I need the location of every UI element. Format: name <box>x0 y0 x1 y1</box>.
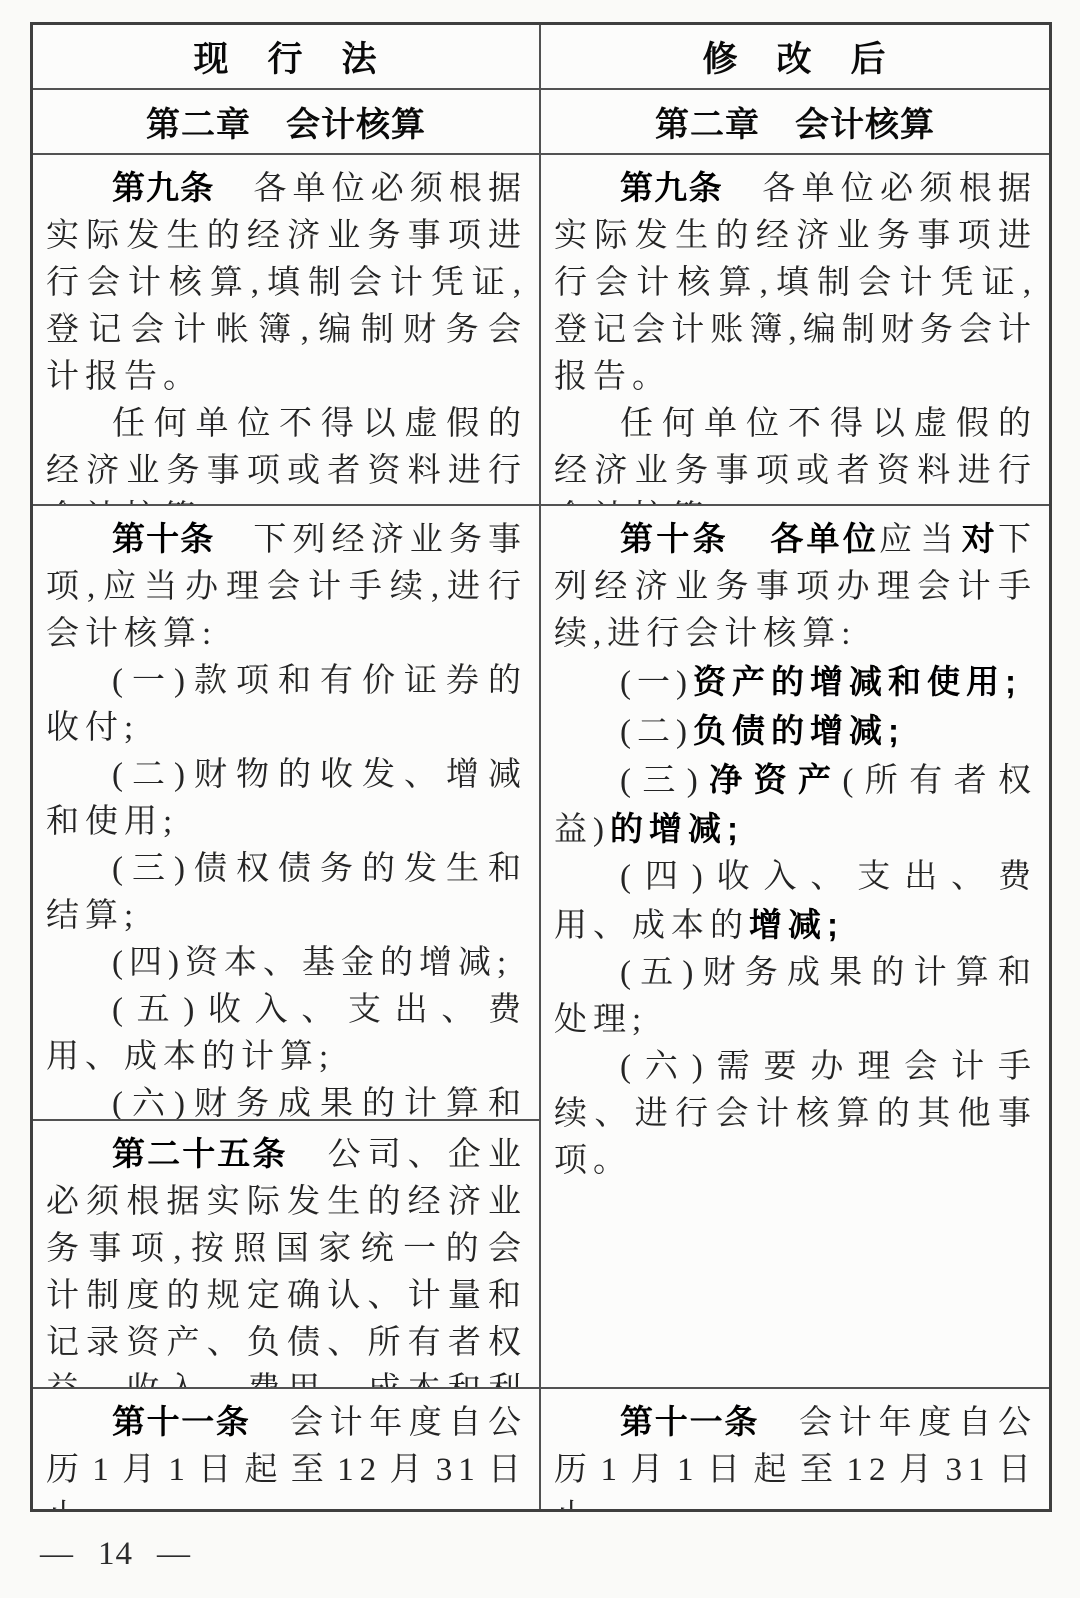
article10-25-cell-current: 第十条 下列经济业务事项,应当办理会计手续,进行会计核算:(一)款项和有价证券的… <box>33 506 541 1389</box>
law-paragraph: 任何单位不得以虚假的经济业务事项或者资料进行会计核算。 <box>554 401 1037 506</box>
comparison-table: 现 行 法 修 改 后 第二章 会计核算 第二章 会计核算 第九条 各单位必须根… <box>30 22 1052 1512</box>
article11-cell-amended: 第十一条 会计年度自公历1月1日起至12月31日止。 <box>541 1389 1049 1509</box>
emphasized-text-run: 第十一条 <box>112 1403 250 1440</box>
law-paragraph: 第十条 下列经济业务事项,应当办理会计手续,进行会计核算: <box>46 515 527 658</box>
text-run: (四)资本、基金的增减; <box>112 945 512 981</box>
article11-cell-current: 第十一条 会计年度自公历1月1日起至12月31日止。 <box>33 1389 541 1509</box>
emphasized-text-run: 的增减; <box>610 810 744 847</box>
law-paragraph: (一)款项和有价证券的收付; <box>46 658 527 752</box>
emphasized-text-run: 第十条 <box>112 520 214 557</box>
article10-current: 第十条 下列经济业务事项,应当办理会计手续,进行会计核算:(一)款项和有价证券的… <box>33 506 539 1121</box>
text-run: (三) <box>620 763 704 799</box>
text-run: 应当 <box>879 522 962 558</box>
article9-cell-current: 第九条 各单位必须根据实际发生的经济业务事项进行会计核算,填制会计凭证,登记会计… <box>33 155 541 506</box>
law-paragraph: (六)需要办理会计手续、进行会计核算的其他事项。 <box>554 1044 1037 1185</box>
emphasized-text-run: 各单位 <box>770 520 879 557</box>
law-paragraph: (一)资产的增减和使用; <box>554 658 1037 707</box>
text-run: (五)收入、支出、费用、成本的计算; <box>46 992 527 1075</box>
header-cell-amended: 修 改 后 <box>541 25 1049 90</box>
chapter-title-left: 第二章 会计核算 <box>146 97 426 146</box>
law-paragraph: (四)收入、支出、费用、成本的增减; <box>554 854 1037 950</box>
emphasized-text-run: 负债的增减; <box>693 712 905 749</box>
page-number-footer: — 14 — <box>40 1536 191 1573</box>
footer-dash-left: — <box>40 1536 74 1573</box>
law-paragraph: 第十一条 会计年度自公历1月1日起至12月31日止。 <box>46 1398 527 1509</box>
scanned-law-page: 现 行 法 修 改 后 第二章 会计核算 第二章 会计核算 第九条 各单位必须根… <box>0 0 1080 1598</box>
footer-dash-right: — <box>157 1536 191 1573</box>
law-paragraph: 第九条 各单位必须根据实际发生的经济业务事项进行会计核算,填制会计凭证,登记会计… <box>554 164 1037 401</box>
text-run: (六)需要办理会计手续、进行会计核算的其他事项。 <box>554 1049 1037 1179</box>
law-paragraph: 第九条 各单位必须根据实际发生的经济业务事项进行会计核算,填制会计凭证,登记会计… <box>46 164 527 401</box>
header-cell-current-law: 现 行 法 <box>33 25 541 90</box>
emphasized-text-run: 净资产 <box>704 761 843 798</box>
emphasized-text-run: 第二十五条 <box>112 1135 288 1172</box>
text-run: (二)财物的收发、增减和使用; <box>46 757 527 840</box>
law-paragraph: (三)净资产(所有者权益)的增减; <box>554 756 1037 854</box>
text-run: (五)财务成果的计算和处理; <box>554 955 1037 1038</box>
article25-current: 第二十五条 公司、企业必须根据实际发生的经济业务事项,按照国家统一的会计制度的规… <box>33 1121 539 1387</box>
text-run: 任何单位不得以虚假的经济业务事项或者资料进行会计核算。 <box>554 406 1037 506</box>
text-run: (一)款项和有价证券的收付; <box>46 663 527 746</box>
law-paragraph: (五)财务成果的计算和处理; <box>554 950 1037 1044</box>
law-paragraph: (二)财物的收发、增减和使用; <box>46 752 527 846</box>
emphasized-text-run: 对 <box>962 520 998 557</box>
emphasized-text-run: 第九条 <box>620 169 723 206</box>
law-paragraph: 任何单位不得以虚假的经济业务事项或者资料进行会计核算。 <box>46 401 527 506</box>
text-run: (一) <box>620 665 693 701</box>
chapter-cell-left: 第二章 会计核算 <box>33 90 541 155</box>
law-paragraph: 第十一条 会计年度自公历1月1日起至12月31日止。 <box>554 1398 1037 1509</box>
chapter-title-right: 第二章 会计核算 <box>655 97 935 146</box>
law-paragraph: 第二十五条 公司、企业必须根据实际发生的经济业务事项,按照国家统一的会计制度的规… <box>46 1130 527 1387</box>
chapter-cell-right: 第二章 会计核算 <box>541 90 1049 155</box>
header-current-law-label: 现 行 法 <box>193 32 378 82</box>
law-paragraph: (六)财务成果的计算和处理; <box>46 1081 527 1121</box>
emphasized-text-run: 第十条 <box>620 520 729 557</box>
text-run: 任何单位不得以虚假的经济业务事项或者资料进行会计核算。 <box>46 406 527 506</box>
footer-page-number: 14 <box>98 1536 133 1573</box>
law-paragraph: 第十条 各单位应当对下列经济业务事项办理会计手续,进行会计核算: <box>554 515 1037 658</box>
text-run: 公司、企业必须根据实际发生的经济业务事项,按照国家统一的会计制度的规定确认、计量… <box>46 1137 527 1387</box>
law-paragraph: (五)收入、支出、费用、成本的计算; <box>46 987 527 1081</box>
text-run: (二) <box>620 714 693 750</box>
law-paragraph: (四)资本、基金的增减; <box>46 940 527 987</box>
article10-cell-amended: 第十条 各单位应当对下列经济业务事项办理会计手续,进行会计核算:(一)资产的增减… <box>541 506 1049 1389</box>
emphasized-text-run: 第十一条 <box>620 1403 759 1440</box>
text-run: (三)债权债务的发生和结算; <box>46 851 527 934</box>
emphasized-text-run: 第九条 <box>112 169 214 206</box>
law-paragraph: (三)债权债务的发生和结算; <box>46 846 527 940</box>
article9-cell-amended: 第九条 各单位必须根据实际发生的经济业务事项进行会计核算,填制会计凭证,登记会计… <box>541 155 1049 506</box>
emphasized-text-run: 资产的增减和使用; <box>693 663 1022 700</box>
header-amended-label: 修 改 后 <box>702 32 887 82</box>
text-run <box>729 522 770 558</box>
text-run: (六)财务成果的计算和处理; <box>46 1086 527 1121</box>
law-paragraph: (二)负债的增减; <box>554 707 1037 756</box>
emphasized-text-run: 增减; <box>749 906 844 943</box>
